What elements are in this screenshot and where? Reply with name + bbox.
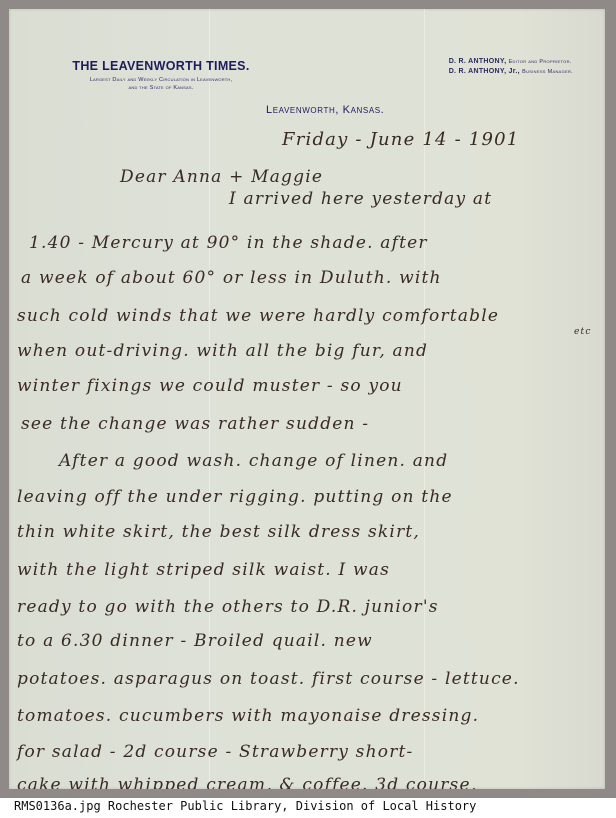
- interlinear-insertion: etc: [574, 327, 592, 337]
- letter-line: such cold winds that we were hardly comf…: [17, 306, 499, 326]
- letter-date: Friday - June 14 - 1901: [282, 129, 519, 150]
- letter-line: cake with whipped cream, & coffee. 3d co…: [17, 775, 477, 789]
- letter-line: I arrived here yesterday at: [229, 189, 492, 209]
- staff-editor: D. R. ANTHONY, Editor and Proprietor.: [449, 57, 573, 67]
- letter-line: ready to go with the others to D.R. juni…: [17, 597, 439, 617]
- letterhead-masthead: THE LEAVENWORTH TIMES. Largest Daily and…: [51, 59, 271, 92]
- letter-line: tomatoes. cucumbers with mayonaise dress…: [17, 706, 479, 726]
- masthead-subtitle: Largest Daily and Weekly Circulation in …: [51, 76, 271, 84]
- letter-page: THE LEAVENWORTH TIMES. Largest Daily and…: [9, 9, 605, 789]
- staff-role: Editor and Proprietor.: [509, 59, 572, 65]
- staff-role: Business Manager.: [522, 69, 573, 75]
- staff-manager: D. R. ANTHONY, Jr., Business Manager.: [449, 67, 573, 77]
- newspaper-title: THE LEAVENWORTH TIMES.: [51, 59, 271, 73]
- letter-line: thin white skirt, the best silk dress sk…: [17, 522, 420, 542]
- letter-line: to a 6.30 dinner - Broiled quail. new: [17, 631, 373, 651]
- letter-line: After a good wash. change of linen. and: [59, 451, 448, 471]
- letter-line: for salad - 2d course - Strawberry short…: [17, 742, 414, 762]
- letter-line: 1.40 - Mercury at 90° in the shade. afte…: [29, 233, 428, 253]
- staff-name: D. R. ANTHONY,: [449, 58, 507, 65]
- letterhead-staff: D. R. ANTHONY, Editor and Proprietor. D.…: [449, 57, 573, 77]
- letter-line: winter fixings we could muster - so you: [17, 376, 403, 396]
- staff-name: D. R. ANTHONY, Jr.,: [449, 68, 520, 75]
- letter-line: when out-driving. with all the big fur, …: [17, 341, 428, 361]
- letter-line: with the light striped silk waist. I was: [17, 560, 390, 580]
- letter-line: a week of about 60° or less in Duluth. w…: [21, 268, 442, 288]
- masthead-subtitle: and the State of Kansas.: [51, 84, 271, 92]
- image-caption: RMS0136a.jpg Rochester Public Library, D…: [14, 799, 476, 813]
- letter-line: potatoes. asparagus on toast. first cour…: [17, 669, 520, 689]
- letter-line: leaving off the under rigging. putting o…: [17, 487, 453, 507]
- letter-salutation: Dear Anna + Maggie: [120, 167, 323, 187]
- letterhead-place: Leavenworth, Kansas.: [266, 104, 384, 116]
- letter-line: see the change was rather sudden -: [21, 414, 369, 434]
